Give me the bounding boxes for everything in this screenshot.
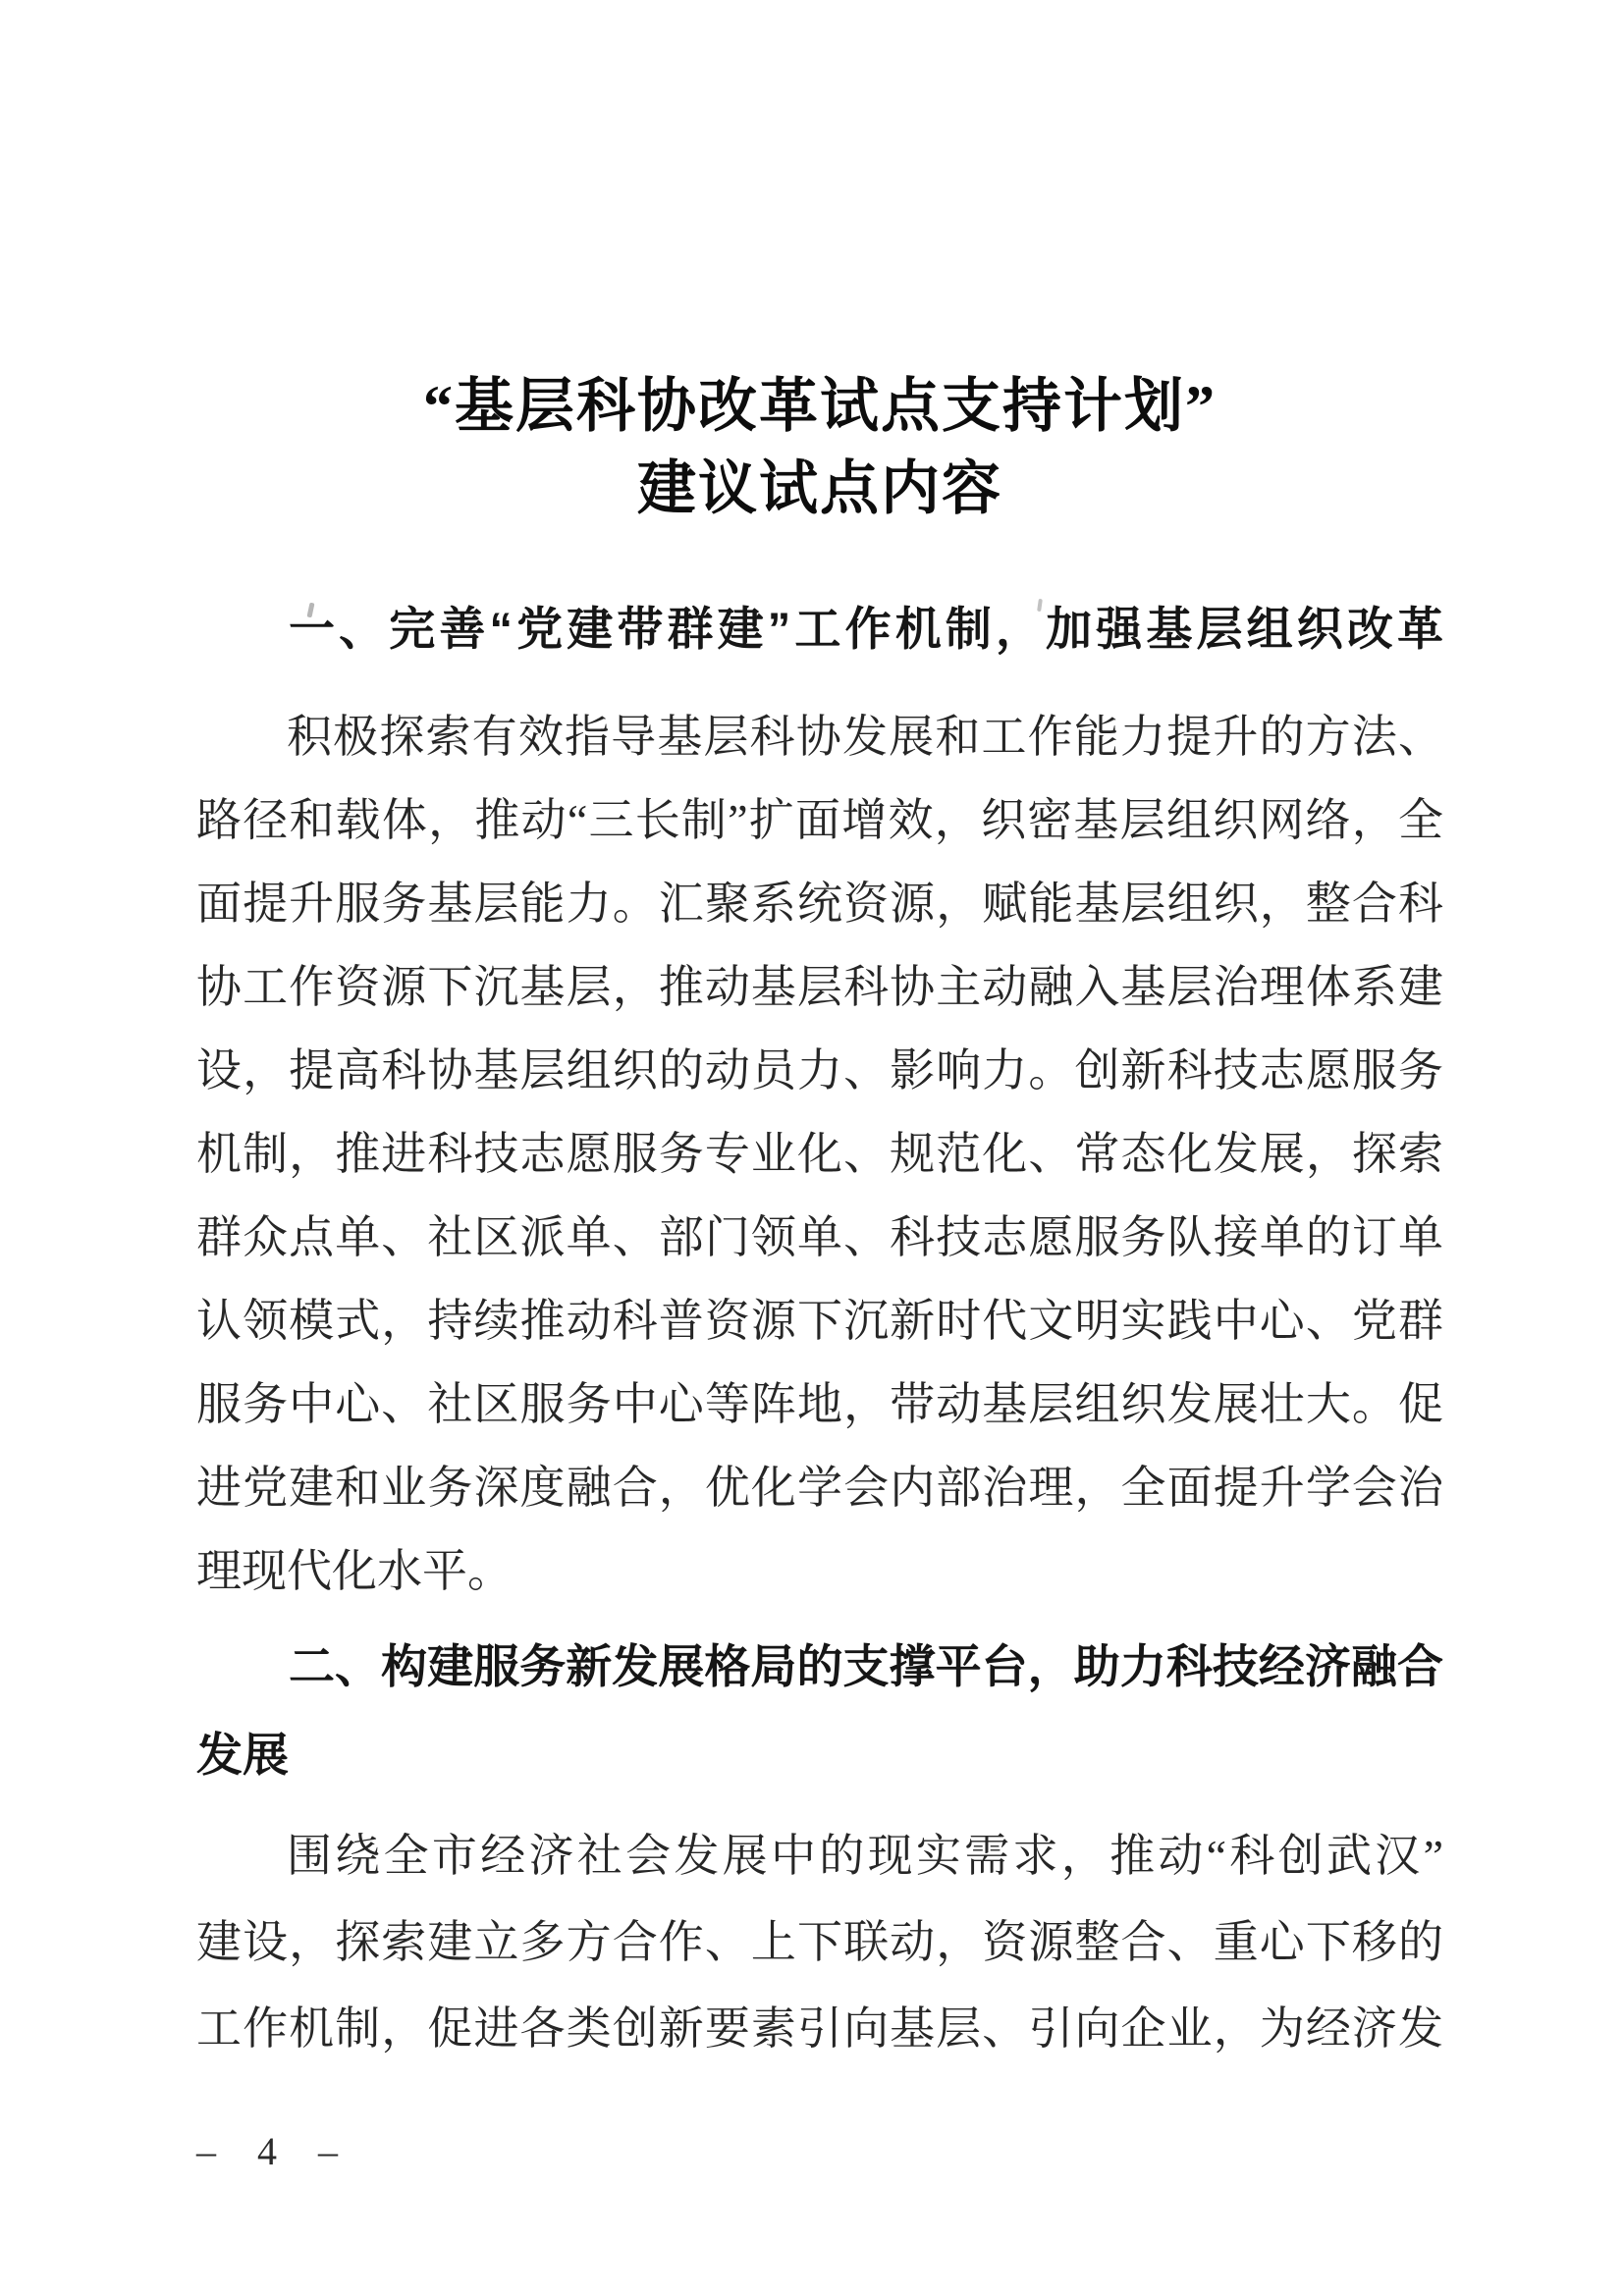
document-page: “基层科协改革试点支持计划” 建议试点内容 一、完善“党建带群建”工作机制，加强… (0, 0, 1623, 2296)
text-line: 面提升服务基层能力。汇聚系统资源，赋能基层组织，整合科 (196, 862, 1443, 945)
text-line: 建设，探索建立多方合作、上下联动，资源整合、重心下移的 (196, 1899, 1443, 1986)
text-line: 机制，推进科技志愿服务专业化、规范化、常态化发展，探索 (196, 1112, 1443, 1196)
document-title: “基层科协改革试点支持计划” 建议试点内容 (196, 365, 1443, 530)
text-line: 进党建和业务深度融合，优化学会内部治理，全面提升学会治 (196, 1446, 1443, 1529)
section-1-heading-text: 一、完善“党建带群建”工作机制，加强基层组织改革 (196, 585, 1443, 673)
section-1-heading: 一、完善“党建带群建”工作机制，加强基层组织改革 (196, 585, 1443, 673)
section-2-heading: 二、构建服务新发展格局的支撑平台，助力科技经济融合 发展 (196, 1623, 1443, 1799)
text-line: 积极探索有效指导基层科协发展和工作能力提升的方法、 (196, 695, 1443, 778)
document-title-line-2: 建议试点内容 (196, 448, 1443, 530)
section-2-heading-line-2: 发展 (196, 1711, 1443, 1799)
section-1-paragraph: 积极探索有效指导基层科协发展和工作能力提升的方法、 路径和载体，推动“三长制”扩… (196, 695, 1443, 1613)
page-number: – 4 – (196, 2128, 353, 2174)
text-line: 设，提高科协基层组织的动员力、影响力。创新科技志愿服务 (196, 1029, 1443, 1112)
text-line: 协工作资源下沉基层，推动基层科协主动融入基层治理体系建 (196, 945, 1443, 1029)
text-line: 服务中心、社区服务中心等阵地，带动基层组织发展壮大。促 (196, 1362, 1443, 1446)
text-line: 工作机制，促进各类创新要素引向基层、引向企业，为经济发 (196, 1986, 1443, 2072)
text-line: 理现代化水平。 (196, 1529, 1443, 1613)
text-line: 围绕全市经济社会发展中的现实需求，推动“科创武汉” (196, 1813, 1443, 1899)
document-title-line-1: “基层科协改革试点支持计划” (196, 365, 1443, 448)
section-2-paragraph: 围绕全市经济社会发展中的现实需求，推动“科创武汉” 建设，探索建立多方合作、上下… (196, 1813, 1443, 2072)
section-2-heading-line-1: 二、构建服务新发展格局的支撑平台，助力科技经济融合 (196, 1623, 1443, 1711)
text-line: 路径和载体，推动“三长制”扩面增效，织密基层组织网络，全 (196, 778, 1443, 862)
page-content: “基层科协改革试点支持计划” 建议试点内容 一、完善“党建带群建”工作机制，加强… (0, 365, 1623, 2072)
text-line: 群众点单、社区派单、部门领单、科技志愿服务队接单的订单 (196, 1196, 1443, 1279)
text-line: 认领模式，持续推动科普资源下沉新时代文明实践中心、党群 (196, 1279, 1443, 1362)
